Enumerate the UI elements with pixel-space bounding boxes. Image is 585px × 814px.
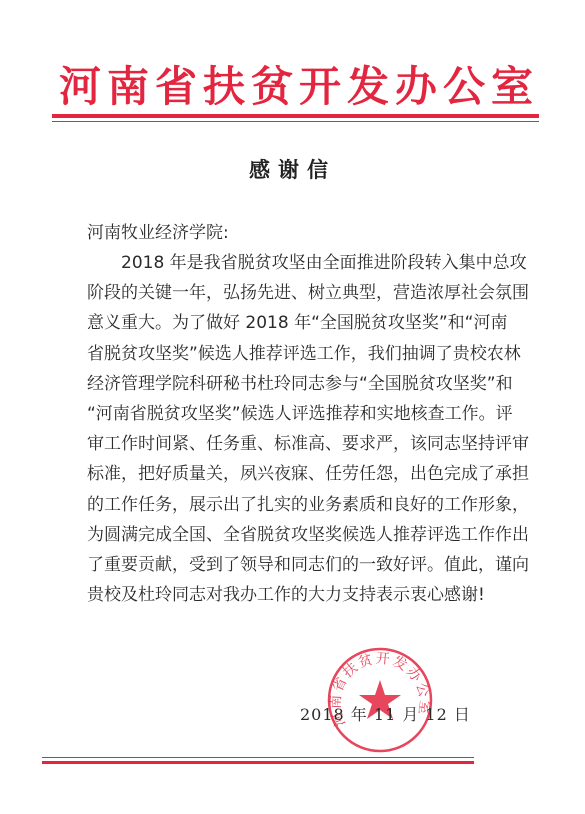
footer-rule-thin [42, 757, 474, 758]
letterhead-char: 办 [394, 62, 438, 112]
official-seal-icon: 河南省扶贫开发办公室 [326, 646, 434, 754]
body-line: 的工作任务，展示出了扎实的业务素质和良好的工作形象， [87, 490, 499, 520]
salutation: 河南牧业经济学院: [87, 218, 229, 243]
header-rule-thin [52, 121, 539, 122]
letterhead-char: 南 [106, 62, 150, 112]
body-line: “河南省脱贫攻坚奖”候选人评选推荐和实地核查工作。评 [87, 399, 499, 429]
letterhead-char: 开 [298, 62, 342, 112]
body-line: 2018 年是我省脱贫攻坚由全面推进阶段转入集中总攻 [87, 248, 499, 278]
body-line: 阶段的关键一年，弘扬先进、树立典型，营造浓厚社会氛围 [87, 278, 499, 308]
letterhead-char: 室 [490, 62, 534, 112]
letter-date: 2018 年 11 月 12 日 [300, 702, 471, 725]
body-line: 意义重大。为了做好 2018 年“全国脱贫攻坚奖”和“河南 [87, 308, 499, 338]
letterhead-char: 扶 [202, 62, 246, 112]
letterhead-char: 省 [154, 62, 198, 112]
letter-body: 2018 年是我省脱贫攻坚由全面推进阶段转入集中总攻 阶段的关键一年，弘扬先进、… [87, 248, 499, 610]
body-line: 省脱贫攻坚奖”候选人推荐评选工作，我们抽调了贵校农林 [87, 339, 499, 369]
body-line: 为圆满完成全国、全省脱贫攻坚奖候选人推荐评选工作作出 [87, 520, 499, 550]
body-line: 经济管理学院科研秘书杜玲同志参与“全国脱贫攻坚奖”和 [87, 369, 499, 399]
letterhead-char: 河 [58, 62, 102, 112]
body-line: 了重要贡献，受到了领导和同志们的一致好评。值此，谨向 [87, 550, 499, 580]
body-line: 标准，把好质量关，夙兴夜寐、任劳任怨，出色完成了承担 [87, 459, 499, 489]
letter-title: 感谢信 [0, 154, 585, 184]
letterhead-char: 发 [346, 62, 390, 112]
letterhead-title: 河 南 省 扶 贫 开 发 办 公 室 [58, 62, 534, 112]
footer-rule-thick [42, 761, 474, 764]
body-line: 贵校及杜玲同志对我办工作的大力支持表示衷心感谢! [87, 580, 499, 610]
body-line: 审工作时间紧、任务重、标准高、要求严，该同志坚持评审 [87, 429, 499, 459]
header-rule-thick [52, 114, 539, 118]
letterhead-char: 公 [442, 62, 486, 112]
letterhead-char: 贫 [250, 62, 294, 112]
